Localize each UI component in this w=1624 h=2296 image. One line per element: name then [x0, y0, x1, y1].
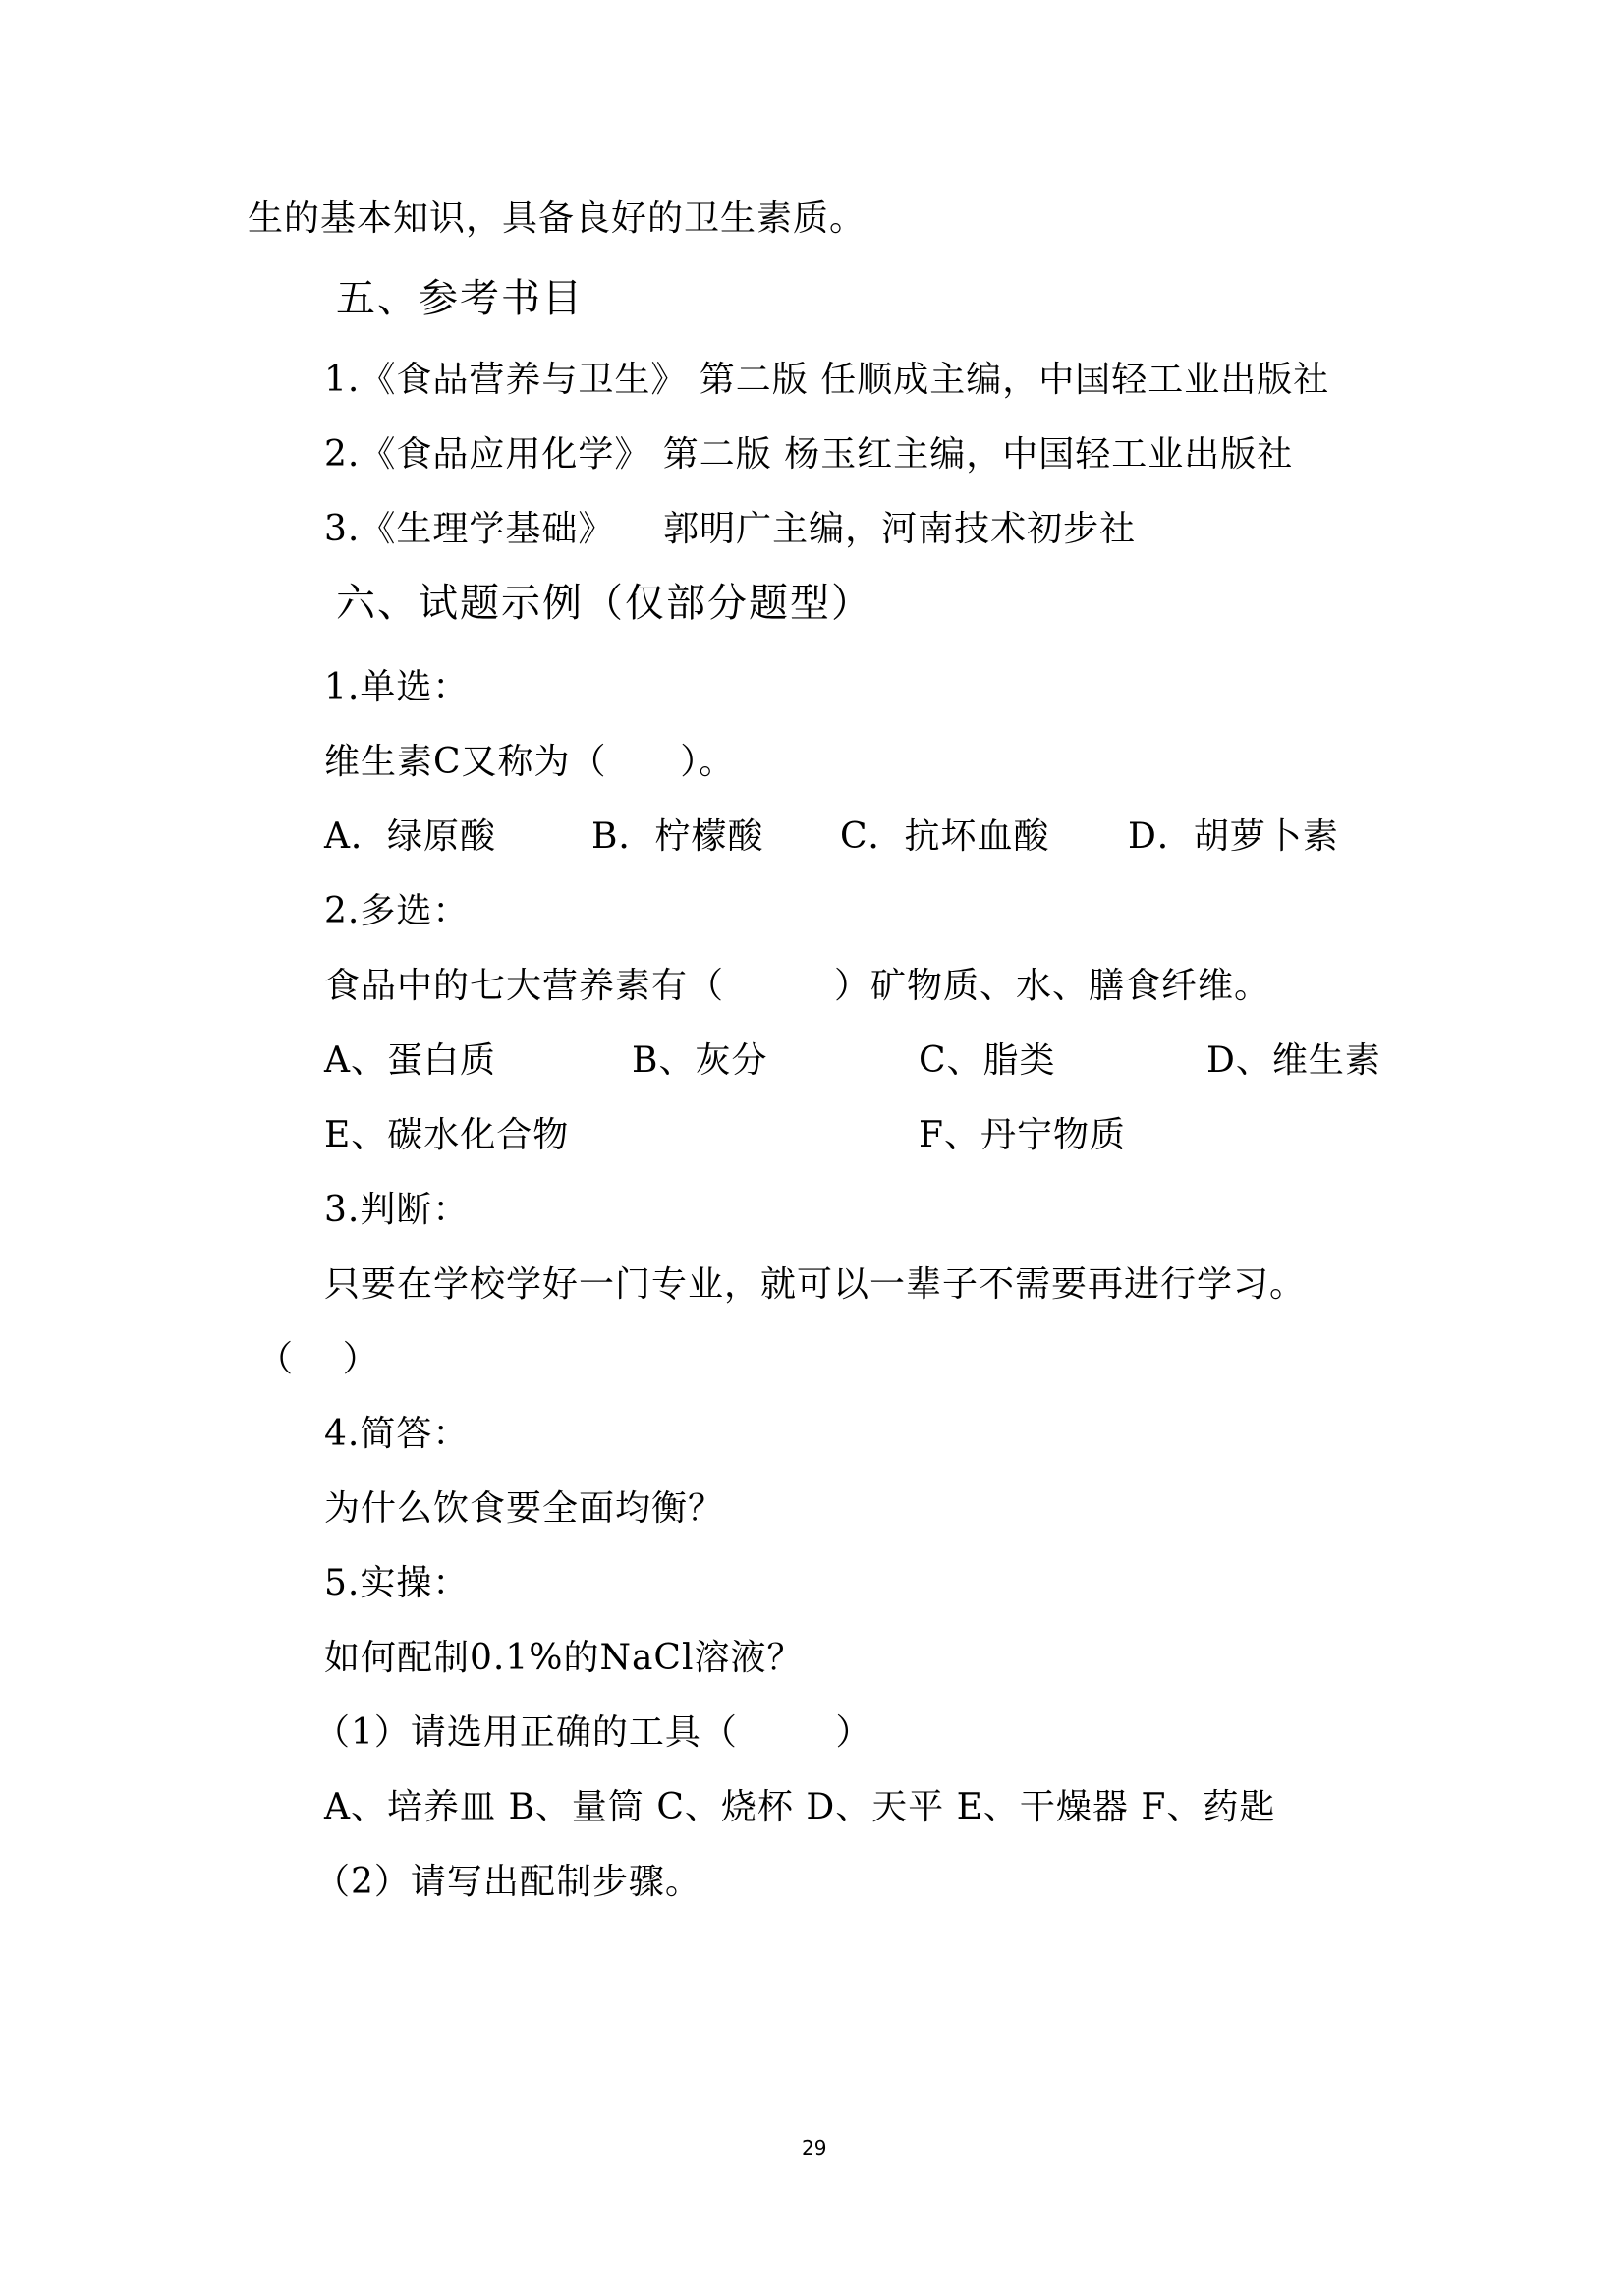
option-b: B、灰分	[632, 1041, 767, 1081]
page-number: 29	[802, 2136, 826, 2159]
option-c: C、脂类	[919, 1041, 1056, 1081]
question-stem: 如何配制0.1%的NaCl溶液？	[324, 1639, 803, 1678]
question-type-label: 3.判断：	[324, 1191, 469, 1230]
option-d: D．胡萝卜素	[1128, 817, 1339, 857]
option-a: A．绿原酸	[324, 817, 496, 857]
sub-question: （1）请选用正确的工具（ ）	[314, 1713, 871, 1753]
option-f: F、丹宁物质	[919, 1116, 1126, 1155]
question-type-label: 5.实操：	[324, 1564, 469, 1603]
section-heading-references: 五、参考书目	[336, 277, 584, 320]
option-a: A、蛋白质	[324, 1041, 496, 1081]
question-stem: 为什么饮食要全面均衡？	[324, 1489, 724, 1529]
section-heading-sample-questions: 六、试题示例（仅部分题型）	[336, 582, 872, 625]
question-type-label: 4.简答：	[324, 1415, 469, 1454]
question-type-label: 1.单选：	[324, 668, 469, 707]
option-c: C．抗坏血酸	[840, 817, 1050, 857]
tool-options: A、培养皿 B、量筒 C、烧杯 D、天平 E、干燥器 F、药匙	[324, 1788, 1275, 1827]
question-stem: 维生素C又称为（ ）。	[324, 743, 735, 782]
reference-item: 2.《食品应用化学》 第二版 杨玉红主编，中国轻工业出版社	[324, 435, 1293, 475]
answer-blank: （ ）	[257, 1340, 379, 1379]
reference-item: 1.《食品营养与卫生》 第二版 任顺成主编，中国轻工业出版社	[324, 361, 1329, 400]
intro-paragraph-tail: 生的基本知识，具备良好的卫生素质。	[248, 199, 866, 239]
option-b: B．柠檬酸	[591, 817, 763, 857]
option-d: D、维生素	[1206, 1041, 1381, 1081]
reference-item: 3.《生理学基础》 郭明广主编，河南技术初步社	[324, 510, 1136, 549]
question-type-label: 2.多选：	[324, 892, 469, 931]
sub-question: （2）请写出配制步骤。	[314, 1863, 701, 1902]
question-stem: 只要在学校学好一门专业，就可以一辈子不需要再进行学习。	[324, 1265, 1306, 1305]
option-e: E、碳水化合物	[324, 1116, 569, 1155]
question-stem: 食品中的七大营养素有（ ）矿物质、水、膳食纤维。	[324, 967, 1270, 1006]
